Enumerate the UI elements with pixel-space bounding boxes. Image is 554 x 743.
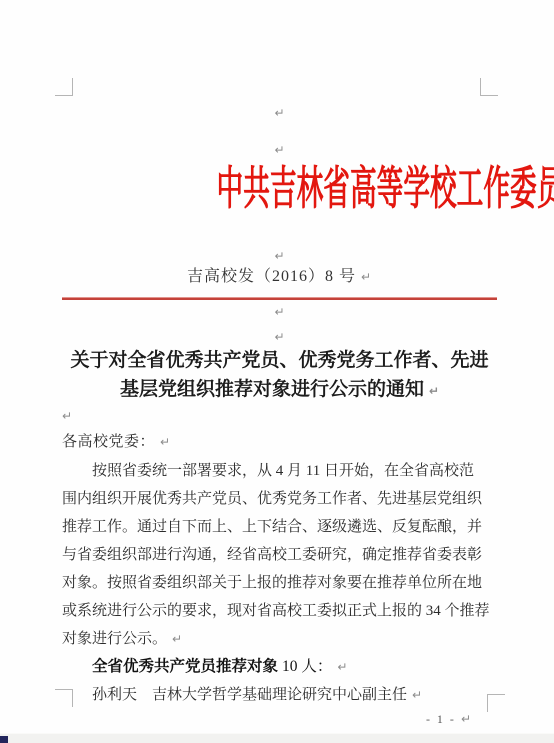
doc-title-line-1: 关于对全省优秀共产党员、优秀党务工作者、先进 [62, 346, 497, 375]
empty-paragraph: ↵ [62, 247, 497, 265]
org-title: 中共吉林省高等学校工作委员会文件 [217, 161, 554, 217]
body-line: 与省委组织部进行沟通，经省高校工委研究，确定推荐省委表彰 [62, 541, 497, 569]
empty-paragraph: ↵ [62, 104, 497, 122]
body-line: 推荐工作。通过自下而上、上下结合、逐级遴选、反复酝酿，并 [62, 513, 497, 541]
paragraph-mark-icon: ↵ [172, 632, 182, 646]
doc-number: 吉高校发（2016）8 号 [187, 268, 356, 285]
doc-title-line-2: 基层党组织推荐对象进行公示的通知↵ [62, 375, 497, 404]
empty-paragraph: ↵ [62, 303, 497, 321]
paragraph-mark-icon: ↵ [337, 660, 347, 674]
paragraph-mark-icon: ↵ [274, 249, 284, 263]
body-line: 对象。按照省委组织部关于上报的推荐对象要在推荐单位所在地 [62, 569, 497, 597]
subhead-bold-text: 全省优秀共产党员推荐对象 [92, 658, 278, 675]
red-separator-rule [62, 297, 497, 300]
subhead-count-text: 10 人： [282, 658, 332, 675]
paragraph-mark-icon: ↵ [274, 305, 284, 319]
paragraph-mark-icon: ↵ [429, 384, 439, 398]
document-page: ↵ ↵ 中共吉林省高等学校工作委员会文件↵ ↵ 吉高校发（2016）8 号↵ ↵… [0, 0, 554, 743]
page-content: ↵ ↵ 中共吉林省高等学校工作委员会文件↵ ↵ 吉高校发（2016）8 号↵ ↵… [62, 0, 497, 729]
empty-paragraph: ↵ [62, 328, 497, 346]
paragraph-mark-icon: ↵ [160, 435, 171, 449]
body-line: 按照省委统一部署要求，从 4 月 11 日开始，在全省高校范 [62, 457, 497, 485]
paragraph-mark-icon: ↵ [274, 143, 284, 157]
paragraph-mark-icon: ↵ [361, 270, 372, 284]
body-line: 对象进行公示。↵ [62, 625, 497, 653]
body-line: 或系统进行公示的要求，现对省高校工委拟正式上报的 34 个推荐 [62, 597, 497, 625]
paragraph-mark-icon: ↵ [274, 330, 284, 344]
horizontal-scrollbar[interactable] [0, 733, 554, 743]
body-line: 围内组织开展优秀共产党员、优秀党务工作者、先进基层党组织 [62, 485, 497, 513]
doc-number-row: 吉高校发（2016）8 号↵ [62, 265, 497, 289]
empty-paragraph: ↵ [62, 141, 497, 159]
page-number: - 1 - [426, 712, 456, 726]
doc-title-line-2-text: 基层党组织推荐对象进行公示的通知 [120, 379, 424, 400]
scrollbar-corner-fragment [0, 736, 8, 743]
page-number-row: - 1 -↵ [62, 709, 497, 729]
salutation: 各高校党委： [62, 434, 155, 450]
paragraph-mark-icon: ↵ [412, 688, 422, 702]
subhead-row: 全省优秀共产党员推荐对象10 人：↵ [62, 653, 497, 681]
paragraph-mark-icon: ↵ [461, 712, 473, 726]
empty-paragraph: ↵ [62, 404, 497, 428]
paragraph-mark-icon: ↵ [62, 409, 72, 423]
red-header-row: 中共吉林省高等学校工作委员会文件↵ [62, 161, 497, 217]
recommended-person-row: 孙利天 吉林大学哲学基础理论研究中心副主任↵ [62, 681, 497, 709]
salutation-row: 各高校党委：↵ [62, 428, 497, 457]
paragraph-mark-icon: ↵ [274, 106, 284, 120]
body-line-text: 对象进行公示。 [62, 631, 167, 647]
recommended-person-text: 孙利天 吉林大学哲学基础理论研究中心副主任 [92, 687, 407, 703]
